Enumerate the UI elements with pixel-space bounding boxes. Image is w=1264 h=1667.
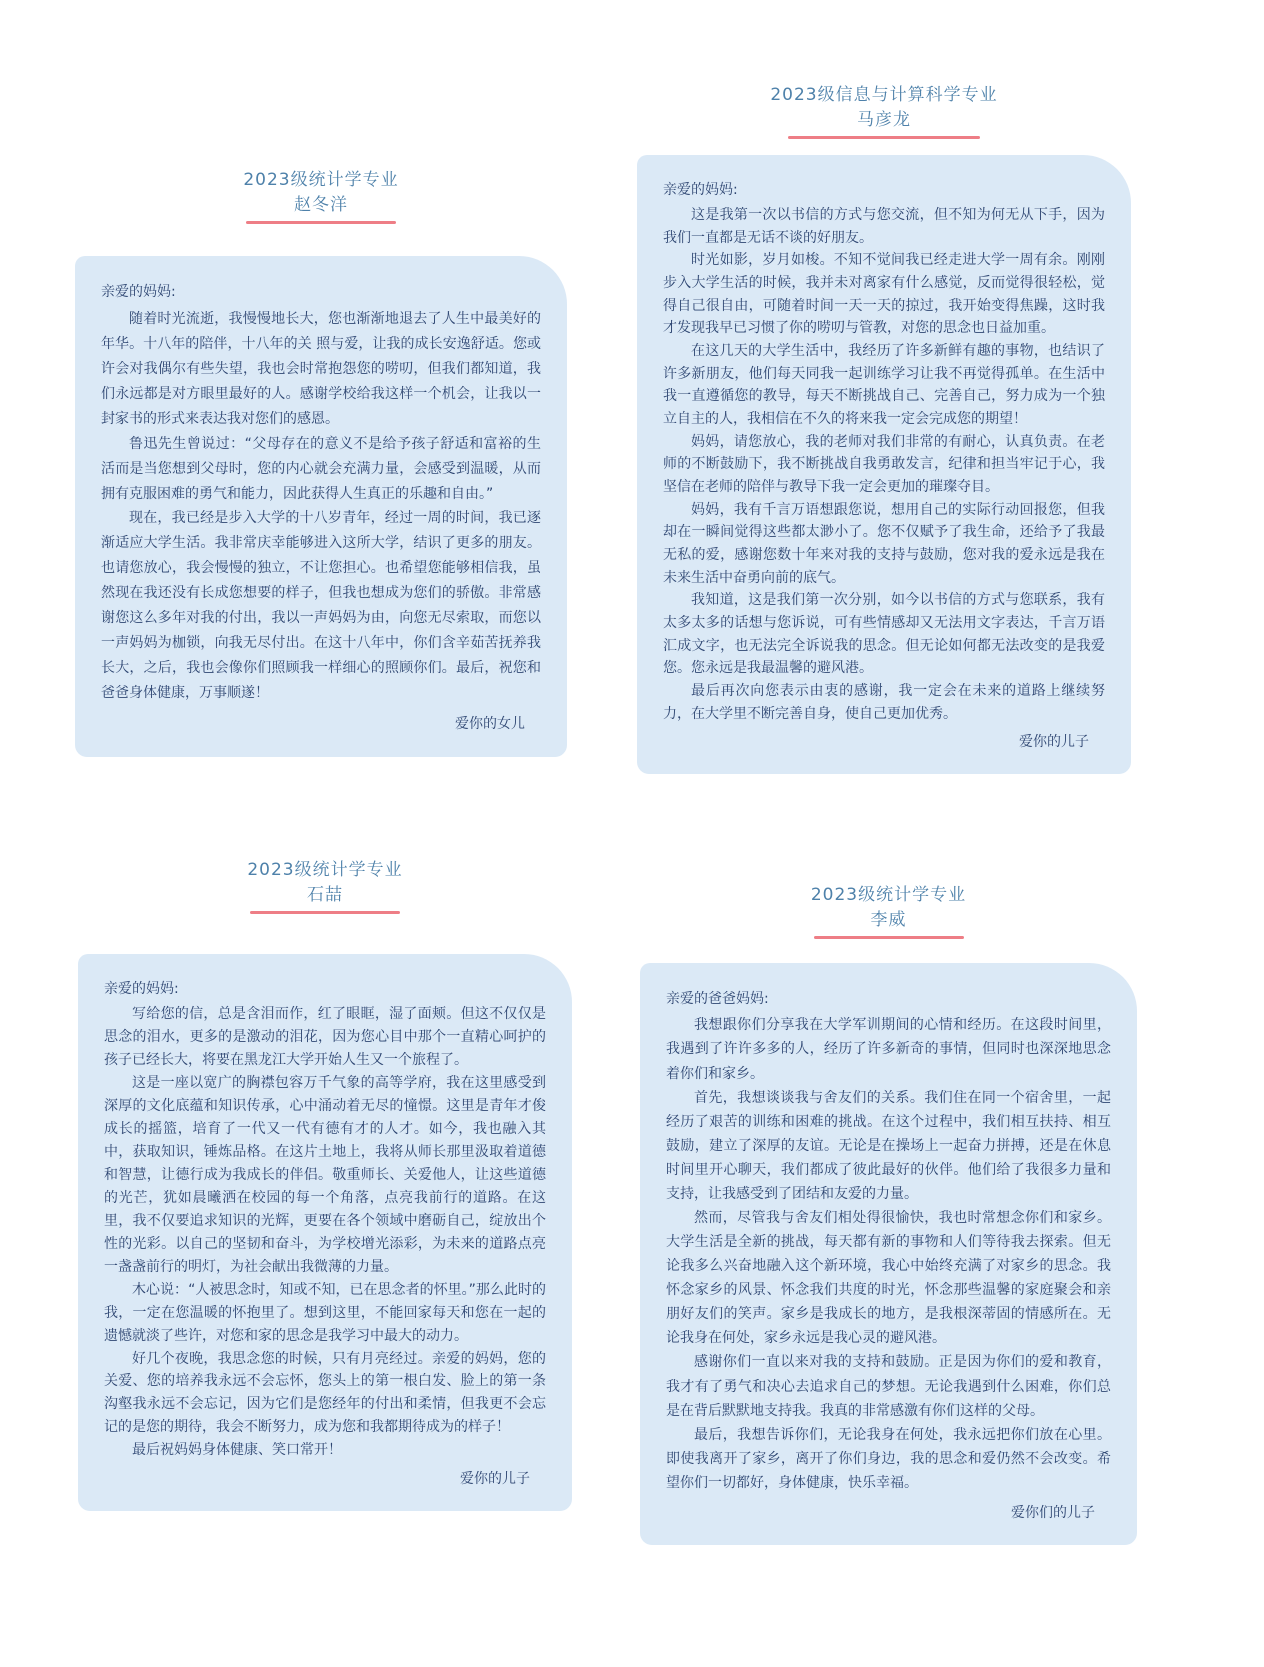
letter-paragraph: 时光如影，岁月如梭。不知不觉间我已经走进大学一周有余。刚刚步入大学生活的时候，我… bbox=[663, 249, 1105, 340]
letter-paragraph: 这是我第一次以书信的方式与您交流，但不知为何无从下手，因为我们一直都是无话不谈的… bbox=[663, 204, 1105, 249]
letter-card: 亲爱的妈妈: 这是我第一次以书信的方式与您交流，但不知为何无从下手，因为我们一直… bbox=[637, 155, 1131, 774]
letter-card: 亲爱的爸爸妈妈: 我想跟你们分享我在大学军训期间的心情和经历。在这段时间里，我遇… bbox=[640, 963, 1137, 1545]
letter-paragraph: 首先，我想谈谈我与舍友们的关系。我们住在同一个宿舍里，一起经历了艰苦的训练和困难… bbox=[666, 1086, 1111, 1206]
letter-body: 这是我第一次以书信的方式与您交流，但不知为何无从下手，因为我们一直都是无话不谈的… bbox=[663, 204, 1105, 725]
letter-paragraph: 最后祝妈妈身体健康、笑口常开！ bbox=[104, 1439, 546, 1462]
letter-body: 写给您的信，总是含泪而作，红了眼眶，湿了面颊。但这不仅仅是思念的泪水，更多的是激… bbox=[104, 1003, 546, 1462]
letter-section-top-right: 2023级信息与计算科学专业 马彦龙 亲爱的妈妈: 这是我第一次以书信的方式与您… bbox=[637, 83, 1131, 774]
letter-paragraph: 最后再次向您表示由衷的感谢，我一定会在未来的道路上继续努力，在大学里不断完善自身… bbox=[663, 680, 1105, 725]
letter-body: 我想跟你们分享我在大学军训期间的心情和经历。在这段时间里，我遇到了许许多多的人，… bbox=[666, 1013, 1111, 1495]
letter-signature: 爱你的儿子 bbox=[663, 731, 1105, 754]
letter-paragraph: 最后，我想告诉你们，无论我身在何处，我永远把你们放在心里。即使我离开了家乡，离开… bbox=[666, 1423, 1111, 1495]
title-underline-decoration bbox=[814, 936, 964, 939]
letter-salutation: 亲爱的妈妈: bbox=[663, 179, 1105, 202]
letter-section-top-left: 2023级统计学专业 赵冬洋 亲爱的妈妈: 随着时光流逝，我慢慢地长大，您也渐渐… bbox=[75, 168, 567, 757]
letter-heading: 2023级统计学专业 李威 bbox=[640, 883, 1137, 939]
letter-paragraph: 写给您的信，总是含泪而作，红了眼眶，湿了面颊。但这不仅仅是思念的泪水，更多的是激… bbox=[104, 1003, 546, 1072]
title-underline-decoration bbox=[246, 221, 396, 224]
letter-salutation: 亲爱的爸爸妈妈: bbox=[666, 987, 1111, 1011]
letter-paragraph: 这是一座以宽广的胸襟包容万千气象的高等学府，我在这里感受到深厚的文化底蕴和知识传… bbox=[104, 1072, 546, 1279]
letter-salutation: 亲爱的妈妈: bbox=[104, 978, 546, 1001]
letter-signature: 爱你的儿子 bbox=[104, 1468, 546, 1491]
letter-paragraph: 妈妈，我有千言万语想跟您说，想用自己的实际行动回报您，但我却在一瞬间觉得这些都太… bbox=[663, 499, 1105, 590]
letter-card: 亲爱的妈妈: 写给您的信，总是含泪而作，红了眼眶，湿了面颊。但这不仅仅是思念的泪… bbox=[78, 954, 572, 1511]
title-underline-decoration bbox=[250, 911, 400, 914]
letter-heading: 2023级统计学专业 石喆 bbox=[78, 858, 572, 914]
letter-major: 2023级信息与计算科学专业 bbox=[637, 83, 1131, 108]
letter-paragraph: 随着时光流逝，我慢慢地长大，您也渐渐地退去了人生中最美好的年华。十八年的陪伴，十… bbox=[101, 307, 541, 432]
letter-card: 亲爱的妈妈: 随着时光流逝，我慢慢地长大，您也渐渐地退去了人生中最美好的年华。十… bbox=[75, 256, 567, 756]
letter-author: 马彦龙 bbox=[637, 108, 1131, 133]
letter-paragraph: 我想跟你们分享我在大学军训期间的心情和经历。在这段时间里，我遇到了许许多多的人，… bbox=[666, 1013, 1111, 1085]
letter-paragraph: 现在，我已经是步入大学的十八岁青年，经过一周的时间，我已逐渐适应大学生活。我非常… bbox=[101, 506, 541, 705]
letter-section-bottom-right: 2023级统计学专业 李威 亲爱的爸爸妈妈: 我想跟你们分享我在大学军训期间的心… bbox=[640, 883, 1137, 1545]
letter-paragraph: 鲁迅先生曾说过：“父母存在的意义不是给予孩子舒适和富裕的生活而是当您想到父母时，… bbox=[101, 432, 541, 507]
title-underline-decoration bbox=[788, 136, 980, 139]
letter-paragraph: 妈妈，请您放心，我的老师对我们非常的有耐心，认真负责。在老师的不断鼓励下，我不断… bbox=[663, 431, 1105, 499]
letter-signature: 爱你们的儿子 bbox=[666, 1501, 1111, 1525]
letter-signature: 爱你的女儿 bbox=[101, 712, 541, 737]
letter-major: 2023级统计学专业 bbox=[78, 858, 572, 883]
letter-heading: 2023级信息与计算科学专业 马彦龙 bbox=[637, 83, 1131, 139]
letter-heading: 2023级统计学专业 赵冬洋 bbox=[75, 168, 567, 224]
letter-body: 随着时光流逝，我慢慢地长大，您也渐渐地退去了人生中最美好的年华。十八年的陪伴，十… bbox=[101, 307, 541, 706]
letter-paragraph: 感谢你们一直以来对我的支持和鼓励。正是因为你们的爱和教育，我才有了勇气和决心去追… bbox=[666, 1350, 1111, 1422]
letter-author: 李威 bbox=[640, 908, 1137, 933]
letter-paragraph: 我知道，这是我们第一次分别，如今以书信的方式与您联系，我有太多太多的话想与您诉说… bbox=[663, 589, 1105, 680]
letter-salutation: 亲爱的妈妈: bbox=[101, 280, 541, 305]
letters-page: 2023级统计学专业 赵冬洋 亲爱的妈妈: 随着时光流逝，我慢慢地长大，您也渐渐… bbox=[0, 0, 1264, 1667]
letter-paragraph: 好几个夜晚，我思念您的时候，只有月亮经过。亲爱的妈妈，您的关爱、您的培养我永远不… bbox=[104, 1348, 546, 1440]
letter-section-bottom-left: 2023级统计学专业 石喆 亲爱的妈妈: 写给您的信，总是含泪而作，红了眼眶，湿… bbox=[78, 858, 572, 1511]
letter-paragraph: 然而，尽管我与舍友们相处得很愉快，我也时常想念你们和家乡。大学生活是全新的挑战，… bbox=[666, 1206, 1111, 1350]
letter-major: 2023级统计学专业 bbox=[75, 168, 567, 193]
letter-author: 石喆 bbox=[78, 883, 572, 908]
letter-paragraph: 木心说：“人被思念时，知或不知，已在思念者的怀里。”那么此时的我，一定在您温暖的… bbox=[104, 1279, 546, 1348]
letter-author: 赵冬洋 bbox=[75, 193, 567, 218]
letter-paragraph: 在这几天的大学生活中，我经历了许多新鲜有趣的事物，也结识了许多新朋友，他们每天同… bbox=[663, 340, 1105, 431]
letter-major: 2023级统计学专业 bbox=[640, 883, 1137, 908]
